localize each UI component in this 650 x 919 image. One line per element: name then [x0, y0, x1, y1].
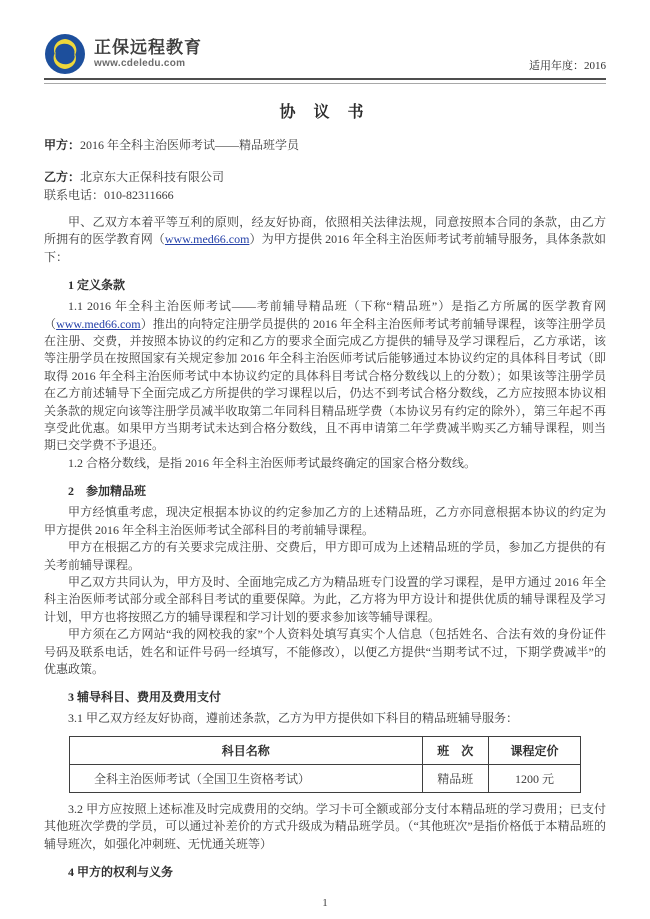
table-header-row: 科目名称班 次课程定价 [70, 736, 581, 764]
document-body: 甲、乙双方本着平等互利的原则，经友好协商，依照相关法律法规，同意按照本合同的条款… [44, 214, 606, 881]
document-page: 正保远程教育 www.cdeledu.com 适用年度：2016 协 议 书 甲… [0, 0, 650, 909]
phone-value: 010-82311666 [104, 188, 174, 202]
section-heading: 2 参加精品班 [44, 483, 606, 500]
med66-link[interactable]: www.med66.com [165, 232, 250, 246]
med66-link[interactable]: www.med66.com [56, 317, 141, 331]
section-heading: 1 定义条款 [44, 277, 606, 294]
paragraph: 甲方在根据乙方的有关要求完成注册、交费后，甲方即可成为上述精品班的学员，参加乙方… [44, 539, 606, 574]
table-header-cell: 科目名称 [70, 736, 423, 764]
brand-name: 正保远程教育 [94, 39, 202, 58]
paragraph: 甲方经慎重考虑，现决定根据本协议的约定参加乙方的上述精品班，乙方亦同意根据本协议… [44, 504, 606, 539]
brand-site-url: www.cdeledu.com [94, 58, 202, 69]
party-a-line: 甲方：2016 年全科主治医师考试——精品班学员 [44, 136, 606, 154]
party-a-value: 2016 年全科主治医师考试——精品班学员 [80, 138, 299, 152]
paragraph: 甲方须在乙方网站“我的网校我的家”个人资料处填写真实个人信息（包括姓名、合法有效… [44, 626, 606, 678]
paragraph-text: 3.1 甲乙双方经友好协商，遵前述条款，乙方为甲方提供如下科目的精品班辅导服务： [68, 711, 518, 725]
paragraph: 3.1 甲乙双方经友好协商，遵前述条款，乙方为甲方提供如下科目的精品班辅导服务： [44, 710, 606, 727]
contact-phone-line: 联系电话：010-82311666 [44, 186, 606, 204]
paragraph-text: 甲乙双方共同认为，甲方及时、全面地完成乙方为精品班专门设置的学习课程，是甲方通过… [44, 575, 606, 624]
table-cell: 精品班 [422, 764, 488, 792]
table-row: 全科主治医师考试（全国卫生资格考试）精品班1200 元 [70, 764, 581, 792]
subject-table: 科目名称班 次课程定价全科主治医师考试（全国卫生资格考试）精品班1200 元 [69, 736, 581, 793]
paragraph-text: 甲方在根据乙方的有关要求完成注册、交费后，甲方即可成为上述精品班的学员，参加乙方… [44, 540, 606, 571]
paragraph-text: 甲方须在乙方网站“我的网校我的家”个人资料处填写真实个人信息（包括姓名、合法有效… [44, 627, 606, 676]
table-header-cell: 课程定价 [489, 736, 581, 764]
document-title: 协 议 书 [44, 99, 606, 122]
header-divider [44, 78, 606, 84]
applicable-year-label: 适用年度：2016 [529, 57, 606, 75]
table-cell: 1200 元 [489, 764, 581, 792]
party-b-line: 乙方：北京东大正保科技有限公司 [44, 168, 606, 186]
section-heading: 3 辅导科目、费用及费用支付 [44, 689, 606, 706]
paragraph-text: 3.2 甲方应按照上述标准及时完成费用的交纳。学习卡可全额或部分支付本精品班的学… [44, 802, 606, 851]
table-header-cell: 班 次 [422, 736, 488, 764]
paragraph: 1.1 2016 年全科主治医师考试——考前辅导精品班（下称“精品班”）是指乙方… [44, 298, 606, 455]
party-b-label: 乙方： [44, 170, 80, 184]
parties-section: 甲方：2016 年全科主治医师考试——精品班学员 乙方：北京东大正保科技有限公司… [44, 136, 606, 204]
swirl-logo-icon [44, 33, 86, 75]
paragraph-text: ）推出的向特定注册学员提供的 2016 年全科主治医师考试考前辅导课程，该等注册… [44, 317, 606, 453]
page-number: 1 [44, 897, 606, 909]
paragraph: 3.2 甲方应按照上述标准及时完成费用的交纳。学习卡可全额或部分支付本精品班的学… [44, 801, 606, 853]
company-logo: 正保远程教育 www.cdeledu.com [44, 33, 202, 75]
paragraph: 1.2 合格分数线，是指 2016 年全科主治医师考试最终确定的国家合格分数线。 [44, 455, 606, 472]
party-a-label: 甲方： [44, 138, 80, 152]
phone-label: 联系电话： [44, 188, 104, 202]
party-b-value: 北京东大正保科技有限公司 [80, 170, 224, 184]
section-heading: 4 甲方的权利与义务 [44, 864, 606, 881]
page-header: 正保远程教育 www.cdeledu.com 适用年度：2016 [44, 0, 606, 75]
logo-text-block: 正保远程教育 www.cdeledu.com [94, 39, 202, 69]
paragraph: 甲、乙双方本着平等互利的原则，经友好协商，依照相关法律法规，同意按照本合同的条款… [44, 214, 606, 266]
paragraph: 甲乙双方共同认为，甲方及时、全面地完成乙方为精品班专门设置的学习课程，是甲方通过… [44, 574, 606, 626]
paragraph-text: 1.2 合格分数线，是指 2016 年全科主治医师考试最终确定的国家合格分数线。 [68, 456, 476, 470]
table-cell: 全科主治医师考试（全国卫生资格考试） [70, 764, 423, 792]
paragraph-text: 甲方经慎重考虑，现决定根据本协议的约定参加乙方的上述精品班，乙方亦同意根据本协议… [44, 505, 606, 536]
